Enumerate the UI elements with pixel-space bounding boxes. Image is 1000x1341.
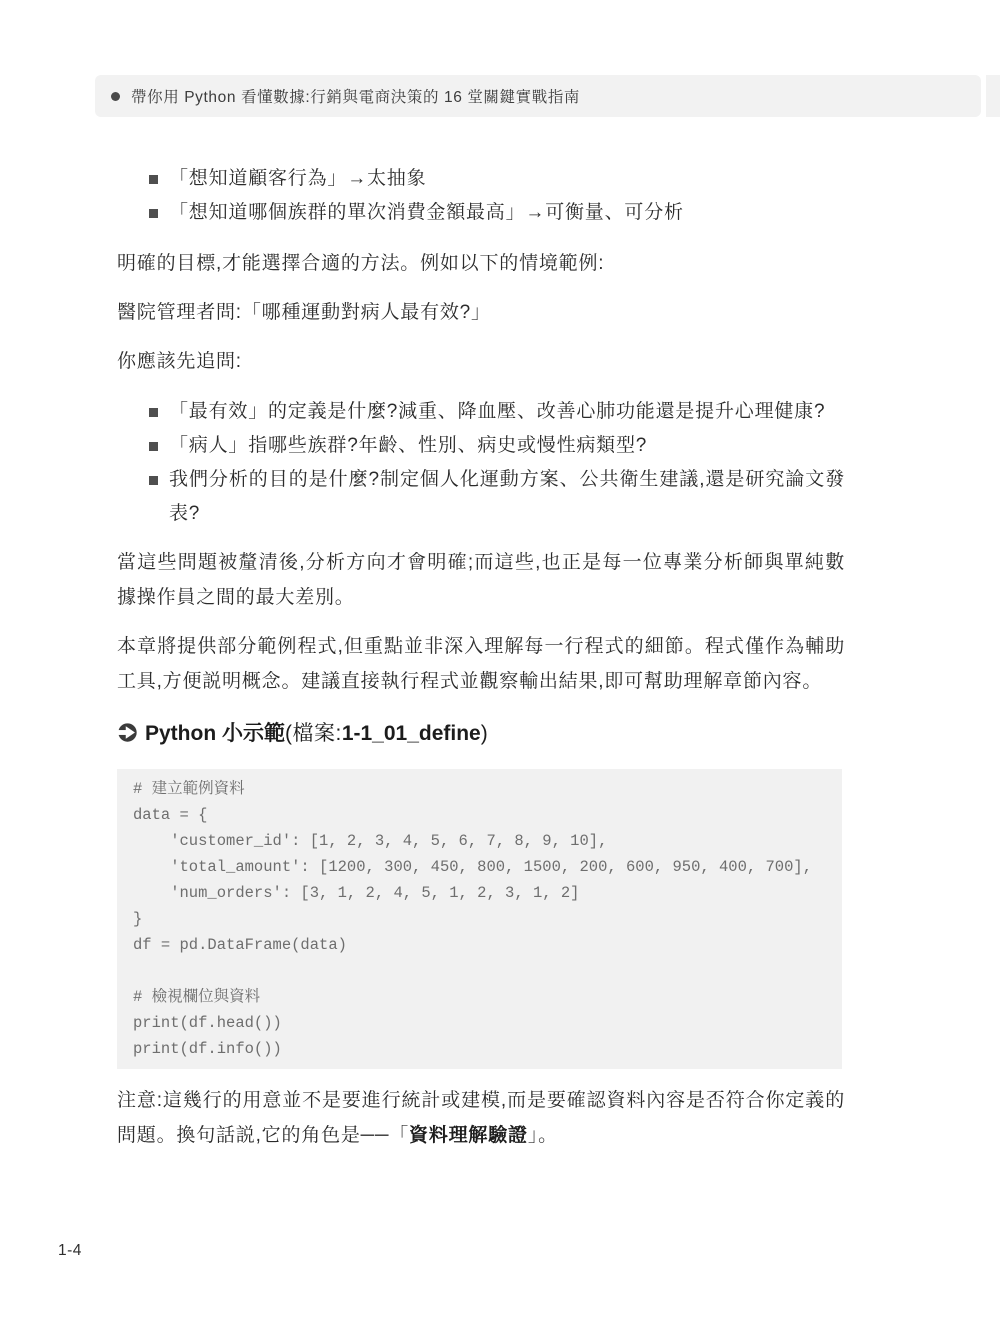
code-line: print(df.info()) <box>133 1036 826 1062</box>
list-item: 我們分析的目的是什麼?制定個人化運動方案、公共衛生建議,還是研究論文發表? <box>117 463 845 531</box>
paragraph-note: 注意:這幾行的用意並不是要進行統計或建模,而是要確認資料內容是否符合你定義的問題… <box>117 1083 845 1153</box>
paragraph-goal: 明確的目標,才能選擇合適的方法。例如以下的情境範例: <box>117 246 845 281</box>
bullet-list-questions: 「最有效」的定義是什麼?減重、降血壓、改善心肺功能還是提升心理健康? 「病人」指… <box>117 395 845 531</box>
code-line: } <box>133 906 826 932</box>
note-text-end: 」。 <box>528 1125 558 1146</box>
heading-title: Python 小示範 <box>145 722 285 745</box>
list-item-text: 我們分析的目的是什麼?制定個人化運動方案、公共衛生建議,還是研究論文發表? <box>169 463 845 531</box>
code-line: print(df.head()) <box>133 1010 826 1036</box>
square-bullet-icon <box>149 175 158 184</box>
section-heading: Python 小示範(檔案:1-1_01_define) <box>117 719 845 749</box>
page-content: 「想知道顧客行為」→太抽象 「想知道哪個族群的單次消費金額最高」→可衡量、可分析… <box>117 162 845 1153</box>
code-line: data = { <box>133 802 826 828</box>
arrow-circle-icon <box>117 722 138 743</box>
note-bold-term: 資料理解驗證 <box>409 1125 528 1146</box>
heading-paren-open: (檔案: <box>285 722 342 745</box>
paragraph-clarify: 當這些問題被釐清後,分析方向才會明確;而這些,也正是每一位專業分析師與單純數據操… <box>117 545 845 615</box>
list-item-text: 「病人」指哪些族群?年齡、性別、病史或慢性病類型? <box>169 429 845 463</box>
list-item-text: 「最有效」的定義是什麼?減重、降血壓、改善心肺功能還是提升心理健康? <box>169 395 845 429</box>
page-number: 1-4 <box>58 1242 82 1260</box>
code-block: # 建立範例資料 data = { 'customer_id': [1, 2, … <box>117 769 842 1069</box>
bullet-list-examples: 「想知道顧客行為」→太抽象 「想知道哪個族群的單次消費金額最高」→可衡量、可分析 <box>117 162 845 230</box>
code-line: 'total_amount': [1200, 300, 450, 800, 15… <box>133 854 826 880</box>
code-line: # 建立範例資料 <box>133 776 826 802</box>
paragraph-hospital: 醫院管理者問:「哪種運動對病人最有效?」 <box>117 295 845 330</box>
list-item-text: 「想知道哪個族群的單次消費金額最高」→可衡量、可分析 <box>169 196 845 230</box>
square-bullet-icon <box>149 476 158 485</box>
paragraph-ask-first: 你應該先追問: <box>117 344 845 379</box>
code-line: 'num_orders': [3, 1, 2, 4, 5, 1, 2, 3, 1… <box>133 880 826 906</box>
heading-file-name: 1-1_01_define <box>342 722 481 745</box>
book-title: 帶你用 Python 看懂數據:行銷與電商決策的 16 堂關鍵實戰指南 <box>131 85 580 107</box>
square-bullet-icon <box>149 209 158 218</box>
running-head: 帶你用 Python 看懂數據:行銷與電商決策的 16 堂關鍵實戰指南 <box>95 75 981 117</box>
code-line: # 檢視欄位與資料 <box>133 984 826 1010</box>
heading-paren-close: ) <box>481 722 489 745</box>
page-edge-tab <box>986 75 1000 117</box>
square-bullet-icon <box>149 408 158 417</box>
list-item-text: 「想知道顧客行為」→太抽象 <box>169 162 845 196</box>
bullet-dot-icon <box>111 92 120 101</box>
paragraph-code-intro: 本章將提供部分範例程式,但重點並非深入理解每一行程式的細節。程式僅作為輔助工具,… <box>117 629 845 699</box>
list-item: 「病人」指哪些族群?年齡、性別、病史或慢性病類型? <box>117 429 845 463</box>
code-line <box>133 958 826 984</box>
list-item: 「最有效」的定義是什麼?減重、降血壓、改善心肺功能還是提升心理健康? <box>117 395 845 429</box>
code-line: 'customer_id': [1, 2, 3, 4, 5, 6, 7, 8, … <box>133 828 826 854</box>
code-line: df = pd.DataFrame(data) <box>133 932 826 958</box>
square-bullet-icon <box>149 442 158 451</box>
list-item: 「想知道顧客行為」→太抽象 <box>117 162 845 196</box>
list-item: 「想知道哪個族群的單次消費金額最高」→可衡量、可分析 <box>117 196 845 230</box>
